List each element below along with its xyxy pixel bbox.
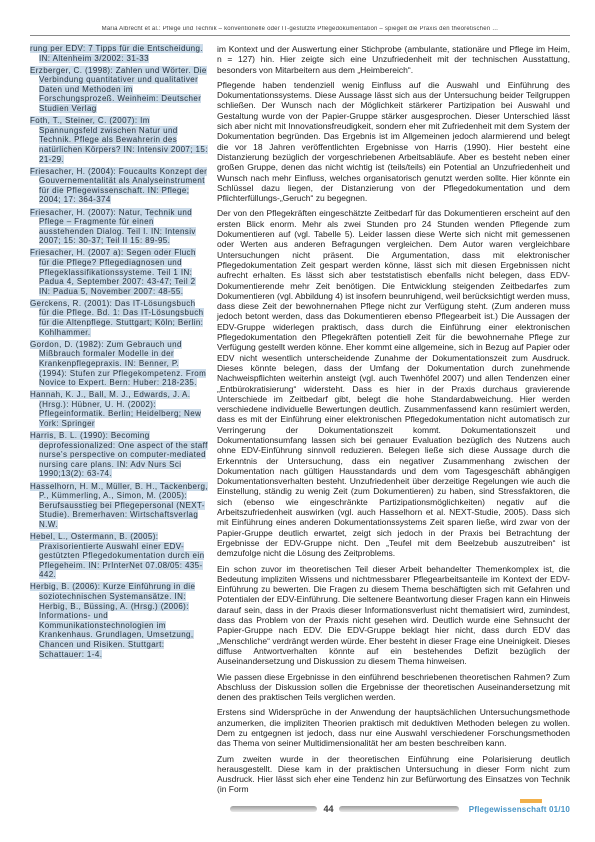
reference-text: Foth, T., Steiner, C. (2007): Im Spannun… xyxy=(30,116,208,163)
body-paragraph: Der von den Pflegekräften eingeschätzte … xyxy=(217,208,570,558)
body-paragraph: im Kontext und der Auswertung einer Stic… xyxy=(217,44,570,75)
reference-entry: Gordon, D. (1982): Zum Gebrauch und Mißb… xyxy=(30,340,208,388)
body-paragraph: Erstens sind Widersprüche in der Anwendu… xyxy=(217,707,570,748)
reference-entry: Hebel, L., Ostermann, B. (2005): Praxiso… xyxy=(30,532,208,580)
body-paragraph: Wie passen diese Ergebnisse in den einfü… xyxy=(217,672,570,703)
reference-text: Friesacher, H. (2004): Foucaults Konzept… xyxy=(30,167,207,205)
running-header: Maria Albrecht et al.: Pflege und Techni… xyxy=(30,26,570,36)
reference-entry: Herbig, B. (2006): Kurze Einführung in d… xyxy=(30,582,208,659)
reference-text: Gerckens, R. (2001): Das IT-Lösungsbuch … xyxy=(30,299,204,337)
reference-entry: Gerckens, R. (2001): Das IT-Lösungsbuch … xyxy=(30,299,208,337)
accent-mark xyxy=(520,799,542,803)
journal-label: Pflegewissenschaft 01/10 xyxy=(469,805,570,814)
reference-text: Hasselhorn, H. M., Müller, B. H., Tacken… xyxy=(30,482,208,529)
journal-label-wrap: Pflegewissenschaft 01/10 xyxy=(465,805,570,814)
reference-text: Gordon, D. (1982): Zum Gebrauch und Mißb… xyxy=(30,340,206,387)
reference-entry: rung per EDV: 7 Tipps für die Entscheidu… xyxy=(30,44,208,63)
reference-text: Hannah, K. J., Ball, M. J., Edwards, J. … xyxy=(30,390,201,428)
reference-text: Hebel, L., Ostermann, B. (2005): Praxiso… xyxy=(30,532,204,579)
footer-rule-left xyxy=(230,806,317,812)
reference-text: Friesacher, H. (2007): Natur, Technik un… xyxy=(30,208,196,246)
reference-text: Erzberger, C. (1998): Zahlen und Wörter.… xyxy=(30,66,207,113)
reference-text: rung per EDV: 7 Tipps für die Entscheidu… xyxy=(30,44,203,63)
page-number: 44 xyxy=(323,804,333,814)
page-content: rung per EDV: 7 Tipps für die Entscheidu… xyxy=(30,44,570,802)
reference-entry: Foth, T., Steiner, C. (2007): Im Spannun… xyxy=(30,116,208,164)
body-paragraph: Pflegende haben tendenziell wenig Einflu… xyxy=(217,80,570,204)
reference-entry: Harris, B. L. (1990): Becoming deprofess… xyxy=(30,431,208,479)
reference-entry: Hannah, K. J., Ball, M. J., Edwards, J. … xyxy=(30,390,208,428)
reference-entry: Erzberger, C. (1998): Zahlen und Wörter.… xyxy=(30,66,208,114)
reference-entry: Friesacher, H. (2004): Foucaults Konzept… xyxy=(30,167,208,205)
reference-text: Friesacher, H. (2007 a): Segen oder Fluc… xyxy=(30,248,196,295)
body-paragraph: Zum zweiten wurde in der theoretischen E… xyxy=(217,754,570,795)
body-paragraph: Ein schon zuvor im theoretischen Teil di… xyxy=(217,564,570,667)
footer-rule-right xyxy=(339,806,458,812)
reference-entry: Friesacher, H. (2007 a): Segen oder Fluc… xyxy=(30,248,208,296)
body-column: im Kontext und der Auswertung einer Stic… xyxy=(217,44,570,802)
document-page: Maria Albrecht et al.: Pflege und Techni… xyxy=(0,0,595,842)
page-footer: 44 Pflegewissenschaft 01/10 xyxy=(230,802,570,816)
reference-entry: Friesacher, H. (2007): Natur, Technik un… xyxy=(30,208,208,246)
references-column: rung per EDV: 7 Tipps für die Entscheidu… xyxy=(30,44,208,802)
reference-text: Herbig, B. (2006): Kurze Einführung in d… xyxy=(30,582,195,658)
reference-text: Harris, B. L. (1990): Becoming deprofess… xyxy=(30,431,208,478)
reference-entry: Hasselhorn, H. M., Müller, B. H., Tacken… xyxy=(30,482,208,530)
